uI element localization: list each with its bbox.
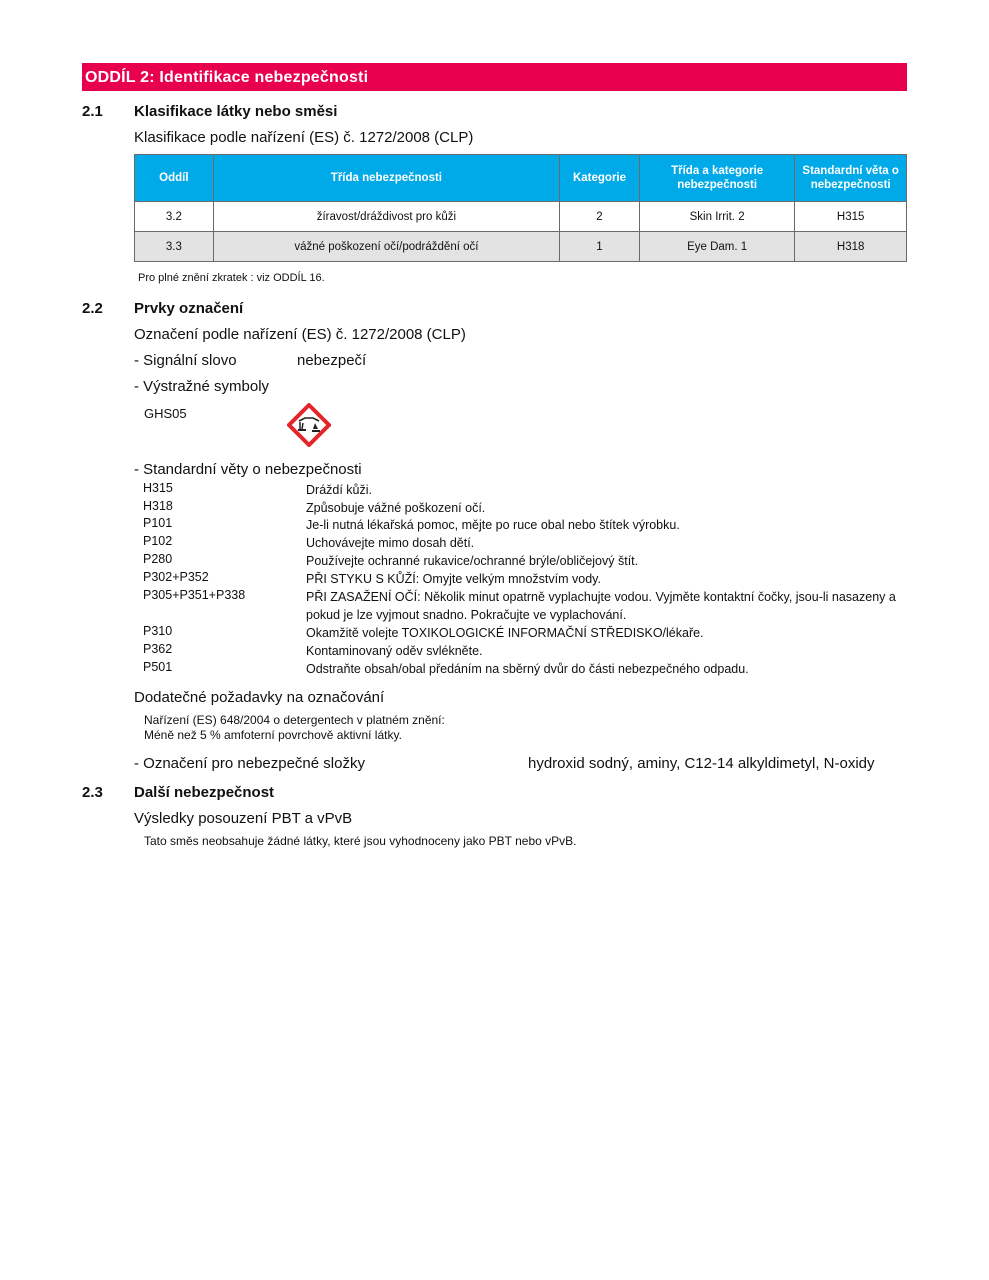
statement-code: H315 xyxy=(143,481,173,495)
pbt-text: Tato směs neobsahuje žádné látky, které … xyxy=(144,834,576,849)
statement-text: Kontaminovaný oděv svlékněte. xyxy=(306,642,896,660)
statement-text: PŘI ZASAŽENÍ OČÍ: Několik minut opatrně … xyxy=(306,588,896,624)
statement-code: P102 xyxy=(143,534,172,548)
pictogram-code: GHS05 xyxy=(144,406,187,421)
header-kategorie: Kategorie xyxy=(560,155,640,202)
statement-code: P302+P352 xyxy=(143,570,209,584)
cell-trida: žíravost/dráždivost pro kůži xyxy=(213,202,559,232)
cell-oddil: 3.3 xyxy=(135,232,214,262)
additional-requirements-title: Dodatečné požadavky na označování xyxy=(134,689,384,706)
hazardous-components-label: - Označení pro nebezpečné složky xyxy=(134,755,365,772)
statement-code: P101 xyxy=(143,516,172,530)
header-oddil: Oddíl xyxy=(135,155,214,202)
table-row: 3.2 žíravost/dráždivost pro kůži 2 Skin … xyxy=(135,202,907,232)
section-banner: ODDÍL 2: Identifikace nebezpečnosti xyxy=(82,63,907,91)
hazard-statements-label: - Standardní věty o nebezpečnosti xyxy=(134,461,362,478)
table-row: 3.3 vážné poškození očí/podráždění očí 1… xyxy=(135,232,907,262)
classification-subtitle: Klasifikace podle nařízení (ES) č. 1272/… xyxy=(134,129,473,146)
statement-text: PŘI STYKU S KŮŽÍ: Omyjte velkým množství… xyxy=(306,570,896,588)
header-standardni-veta: Standardní věta o nebezpečnosti xyxy=(795,155,907,202)
statement-text: Dráždí kůži. xyxy=(306,481,896,499)
section-title-2-1: Klasifikace látky nebo směsi xyxy=(134,103,337,120)
abbreviation-note: Pro plné znění zkratek : viz ODDÍL 16. xyxy=(138,271,325,286)
header-trida-kategorie: Třída a kategorie nebezpečnosti xyxy=(639,155,794,202)
detergent-regulation-line: Nařízení (ES) 648/2004 o detergentech v … xyxy=(144,713,445,728)
statement-text: Okamžitě volejte TOXIKOLOGICKÉ INFORMAČN… xyxy=(306,624,896,642)
labelling-subtitle: Označení podle nařízení (ES) č. 1272/200… xyxy=(134,326,466,343)
pbt-subtitle: Výsledky posouzení PBT a vPvB xyxy=(134,810,352,827)
signal-word-label: - Signální slovo xyxy=(134,352,237,369)
surfactant-line: Méně než 5 % amfoterní povrchově aktivní… xyxy=(144,728,402,743)
statement-code: P362 xyxy=(143,642,172,656)
section-number-2-3: 2.3 xyxy=(82,784,103,801)
cell-kategorie: 1 xyxy=(560,232,640,262)
cell-trida: vážné poškození očí/podráždění očí xyxy=(213,232,559,262)
table-header-row: Oddíl Třída nebezpečnosti Kategorie Tříd… xyxy=(135,155,907,202)
section-title-2-3: Další nebezpečnost xyxy=(134,784,274,801)
cell-oddil: 3.2 xyxy=(135,202,214,232)
statement-text: Používejte ochranné rukavice/ochranné br… xyxy=(306,552,896,570)
header-trida: Třída nebezpečnosti xyxy=(213,155,559,202)
hazard-symbols-label: - Výstražné symboly xyxy=(134,378,269,395)
corrosion-icon xyxy=(287,403,331,447)
hazardous-components-value: hydroxid sodný, aminy, C12-14 alkyldimet… xyxy=(528,755,875,772)
cell-trida-kategorie: Eye Dam. 1 xyxy=(639,232,794,262)
statement-code: P501 xyxy=(143,660,172,674)
statement-text: Je-li nutná lékařská pomoc, mějte po ruc… xyxy=(306,516,896,534)
statement-code: P310 xyxy=(143,624,172,638)
cell-kategorie: 2 xyxy=(560,202,640,232)
classification-table: Oddíl Třída nebezpečnosti Kategorie Tříd… xyxy=(134,154,907,262)
signal-word-value: nebezpečí xyxy=(297,352,366,369)
statement-code: P305+P351+P338 xyxy=(143,588,245,602)
cell-standardni-veta: H315 xyxy=(795,202,907,232)
cell-standardni-veta: H318 xyxy=(795,232,907,262)
section-number-2-1: 2.1 xyxy=(82,103,103,120)
cell-trida-kategorie: Skin Irrit. 2 xyxy=(639,202,794,232)
statement-text: Uchovávejte mimo dosah dětí. xyxy=(306,534,896,552)
statement-text: Způsobuje vážné poškození očí. xyxy=(306,499,896,517)
statement-code: H318 xyxy=(143,499,173,513)
section-number-2-2: 2.2 xyxy=(82,300,103,317)
statement-text: Odstraňte obsah/obal předáním na sběrný … xyxy=(306,660,896,678)
section-title-2-2: Prvky označení xyxy=(134,300,243,317)
statement-code: P280 xyxy=(143,552,172,566)
